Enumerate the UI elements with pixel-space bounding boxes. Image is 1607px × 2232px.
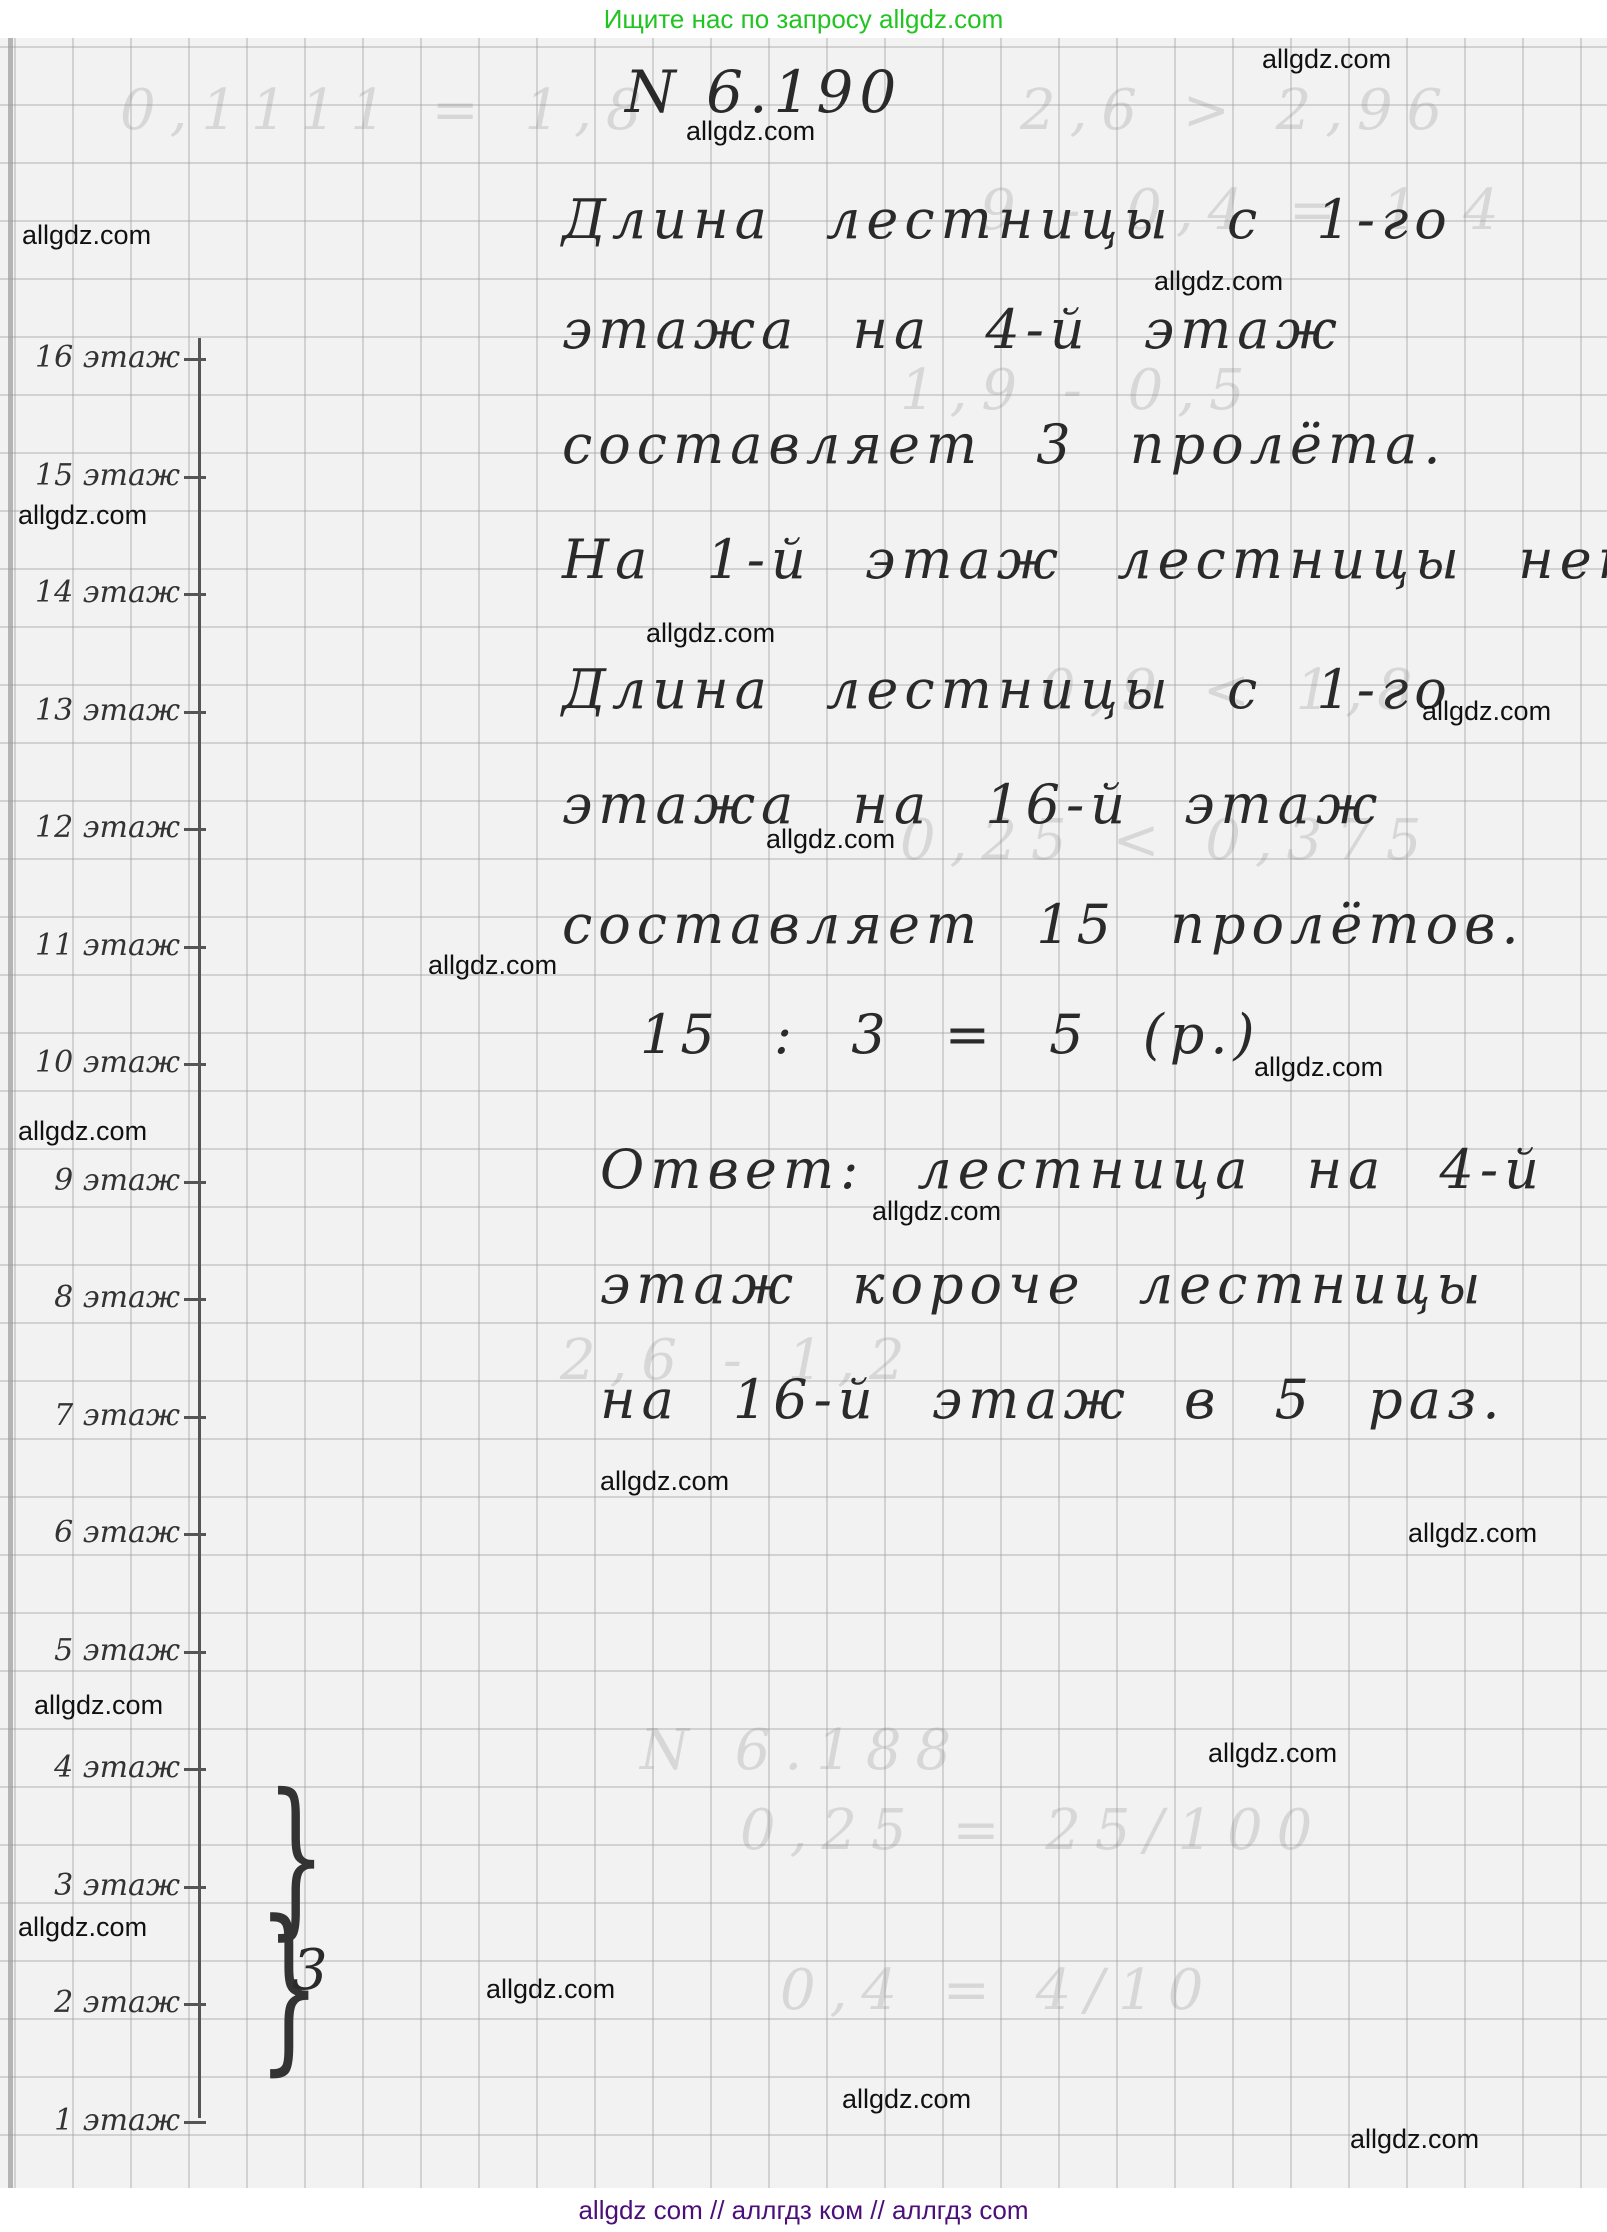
solution-line: Длина лестницы с 1-го [562, 188, 1453, 251]
floor-marker: 9 этаж [20, 1163, 210, 1203]
floor-marker: 6 этаж [20, 1515, 210, 1555]
floor-label: 10 этаж [35, 1045, 180, 1080]
floor-marker: 10 этаж [20, 1045, 210, 1085]
faded-text: N 6.188 [640, 1718, 965, 1783]
floor-label: 6 этаж [54, 1515, 180, 1550]
watermark: allgdz.com [1408, 1518, 1537, 1549]
floor-marker: 4 этаж [20, 1750, 210, 1790]
floor-marker: 2 этаж [20, 1985, 210, 2025]
top-banner[interactable]: Ищите нас по запросу allgdz.com [0, 0, 1607, 38]
faded-text: 0,4 = 4/10 [780, 1958, 1217, 2023]
floor-tick [184, 711, 206, 714]
watermark: allgdz.com [18, 1912, 147, 1943]
floor-label: 2 этаж [54, 1985, 180, 2020]
bottom-banner[interactable]: allgdz com // аллгдз ком // аллгдз com [0, 2188, 1607, 2232]
floor-tick [184, 1886, 206, 1889]
watermark: allgdz.com [428, 950, 557, 981]
floor-tick [184, 1181, 206, 1184]
answer-line: на 16-й этаж в 5 раз. [600, 1368, 1506, 1431]
watermark: allgdz.com [18, 500, 147, 531]
floor-tick [184, 946, 206, 949]
watermark: allgdz.com [18, 1116, 147, 1147]
solution-line: этажа на 4-й этаж [562, 298, 1343, 361]
watermark: allgdz.com [686, 116, 815, 147]
floor-tick [184, 476, 206, 479]
floor-label: 5 этаж [54, 1633, 180, 1668]
floor-marker: 15 этаж [20, 458, 210, 498]
solution-line: этажа на 16-й этаж [562, 773, 1383, 836]
watermark: allgdz.com [1208, 1738, 1337, 1769]
floor-marker: 1 этаж [20, 2103, 210, 2143]
floor-label: 8 этаж [54, 1280, 180, 1315]
floor-tick [184, 1298, 206, 1301]
watermark: allgdz.com [1254, 1052, 1383, 1083]
floor-label: 14 этаж [35, 575, 180, 610]
watermark: allgdz.com [646, 618, 775, 649]
answer-line: этаж короче лестницы [600, 1253, 1487, 1316]
floor-label: 7 этаж [54, 1398, 180, 1433]
watermark: allgdz.com [486, 1974, 615, 2005]
watermark: allgdz.com [1154, 266, 1283, 297]
floor-tick [184, 358, 206, 361]
floor-label: 12 этаж [35, 810, 180, 845]
floor-marker: 3 этаж [20, 1868, 210, 1908]
floor-tick [184, 1416, 206, 1419]
floor-marker: 14 этаж [20, 575, 210, 615]
solution-line: составляет 15 пролётов. [562, 893, 1525, 956]
watermark: allgdz.com [842, 2084, 971, 2115]
floor-marker: 8 этаж [20, 1280, 210, 1320]
floor-label: 9 этаж [54, 1163, 180, 1198]
faded-text: 0,25 = 25/100 [740, 1798, 1326, 1863]
calculation: 15 : 3 = 5 (р.) [640, 1003, 1261, 1066]
floor-marker: 5 этаж [20, 1633, 210, 1673]
floor-label: 13 этаж [35, 693, 180, 728]
floor-tick [184, 1651, 206, 1654]
faded-text: 0,1111 = 1,8 [120, 78, 656, 143]
brace-label: 3 [292, 1938, 331, 2003]
watermark: allgdz.com [34, 1690, 163, 1721]
floor-label: 11 этаж [35, 928, 180, 963]
answer-line: Ответ: лестница на 4-й [600, 1138, 1545, 1201]
floor-marker: 7 этаж [20, 1398, 210, 1438]
watermark: allgdz.com [22, 220, 151, 251]
floor-marker: 12 этаж [20, 810, 210, 850]
solution-line: составляет 3 пролёта. [562, 413, 1447, 476]
floor-marker: 11 этаж [20, 928, 210, 968]
floor-tick [184, 593, 206, 596]
watermark: allgdz.com [1422, 696, 1551, 727]
faded-text: 2,6 > 2,96 [1020, 78, 1456, 143]
floor-tick [184, 1768, 206, 1771]
floor-tick [184, 2003, 206, 2006]
floor-label: 4 этаж [54, 1750, 180, 1785]
floor-label: 3 этаж [54, 1868, 180, 1903]
floor-label: 15 этаж [35, 458, 180, 493]
watermark: allgdz.com [600, 1466, 729, 1497]
floor-tick [184, 828, 206, 831]
floor-marker: 13 этаж [20, 693, 210, 733]
solution-line: Длина лестницы с 1-го [562, 658, 1453, 721]
margin-line [8, 38, 13, 2188]
floor-label: 16 этаж [35, 340, 180, 375]
watermark: allgdz.com [766, 824, 895, 855]
floor-marker: 16 этаж [20, 340, 210, 380]
floor-tick [184, 1063, 206, 1066]
notebook-page: 0,1111 = 1,8 2,6 > 2,96 9 - 0,4 = 1,4 1,… [0, 38, 1607, 2188]
watermark: allgdz.com [1350, 2124, 1479, 2155]
watermark: allgdz.com [872, 1196, 1001, 1227]
solution-line: На 1-й этаж лестницы нет. [562, 528, 1607, 591]
floor-label: 1 этаж [54, 2103, 180, 2138]
floor-tick [184, 1533, 206, 1536]
watermark: allgdz.com [1262, 44, 1391, 75]
floor-tick [184, 2121, 206, 2124]
